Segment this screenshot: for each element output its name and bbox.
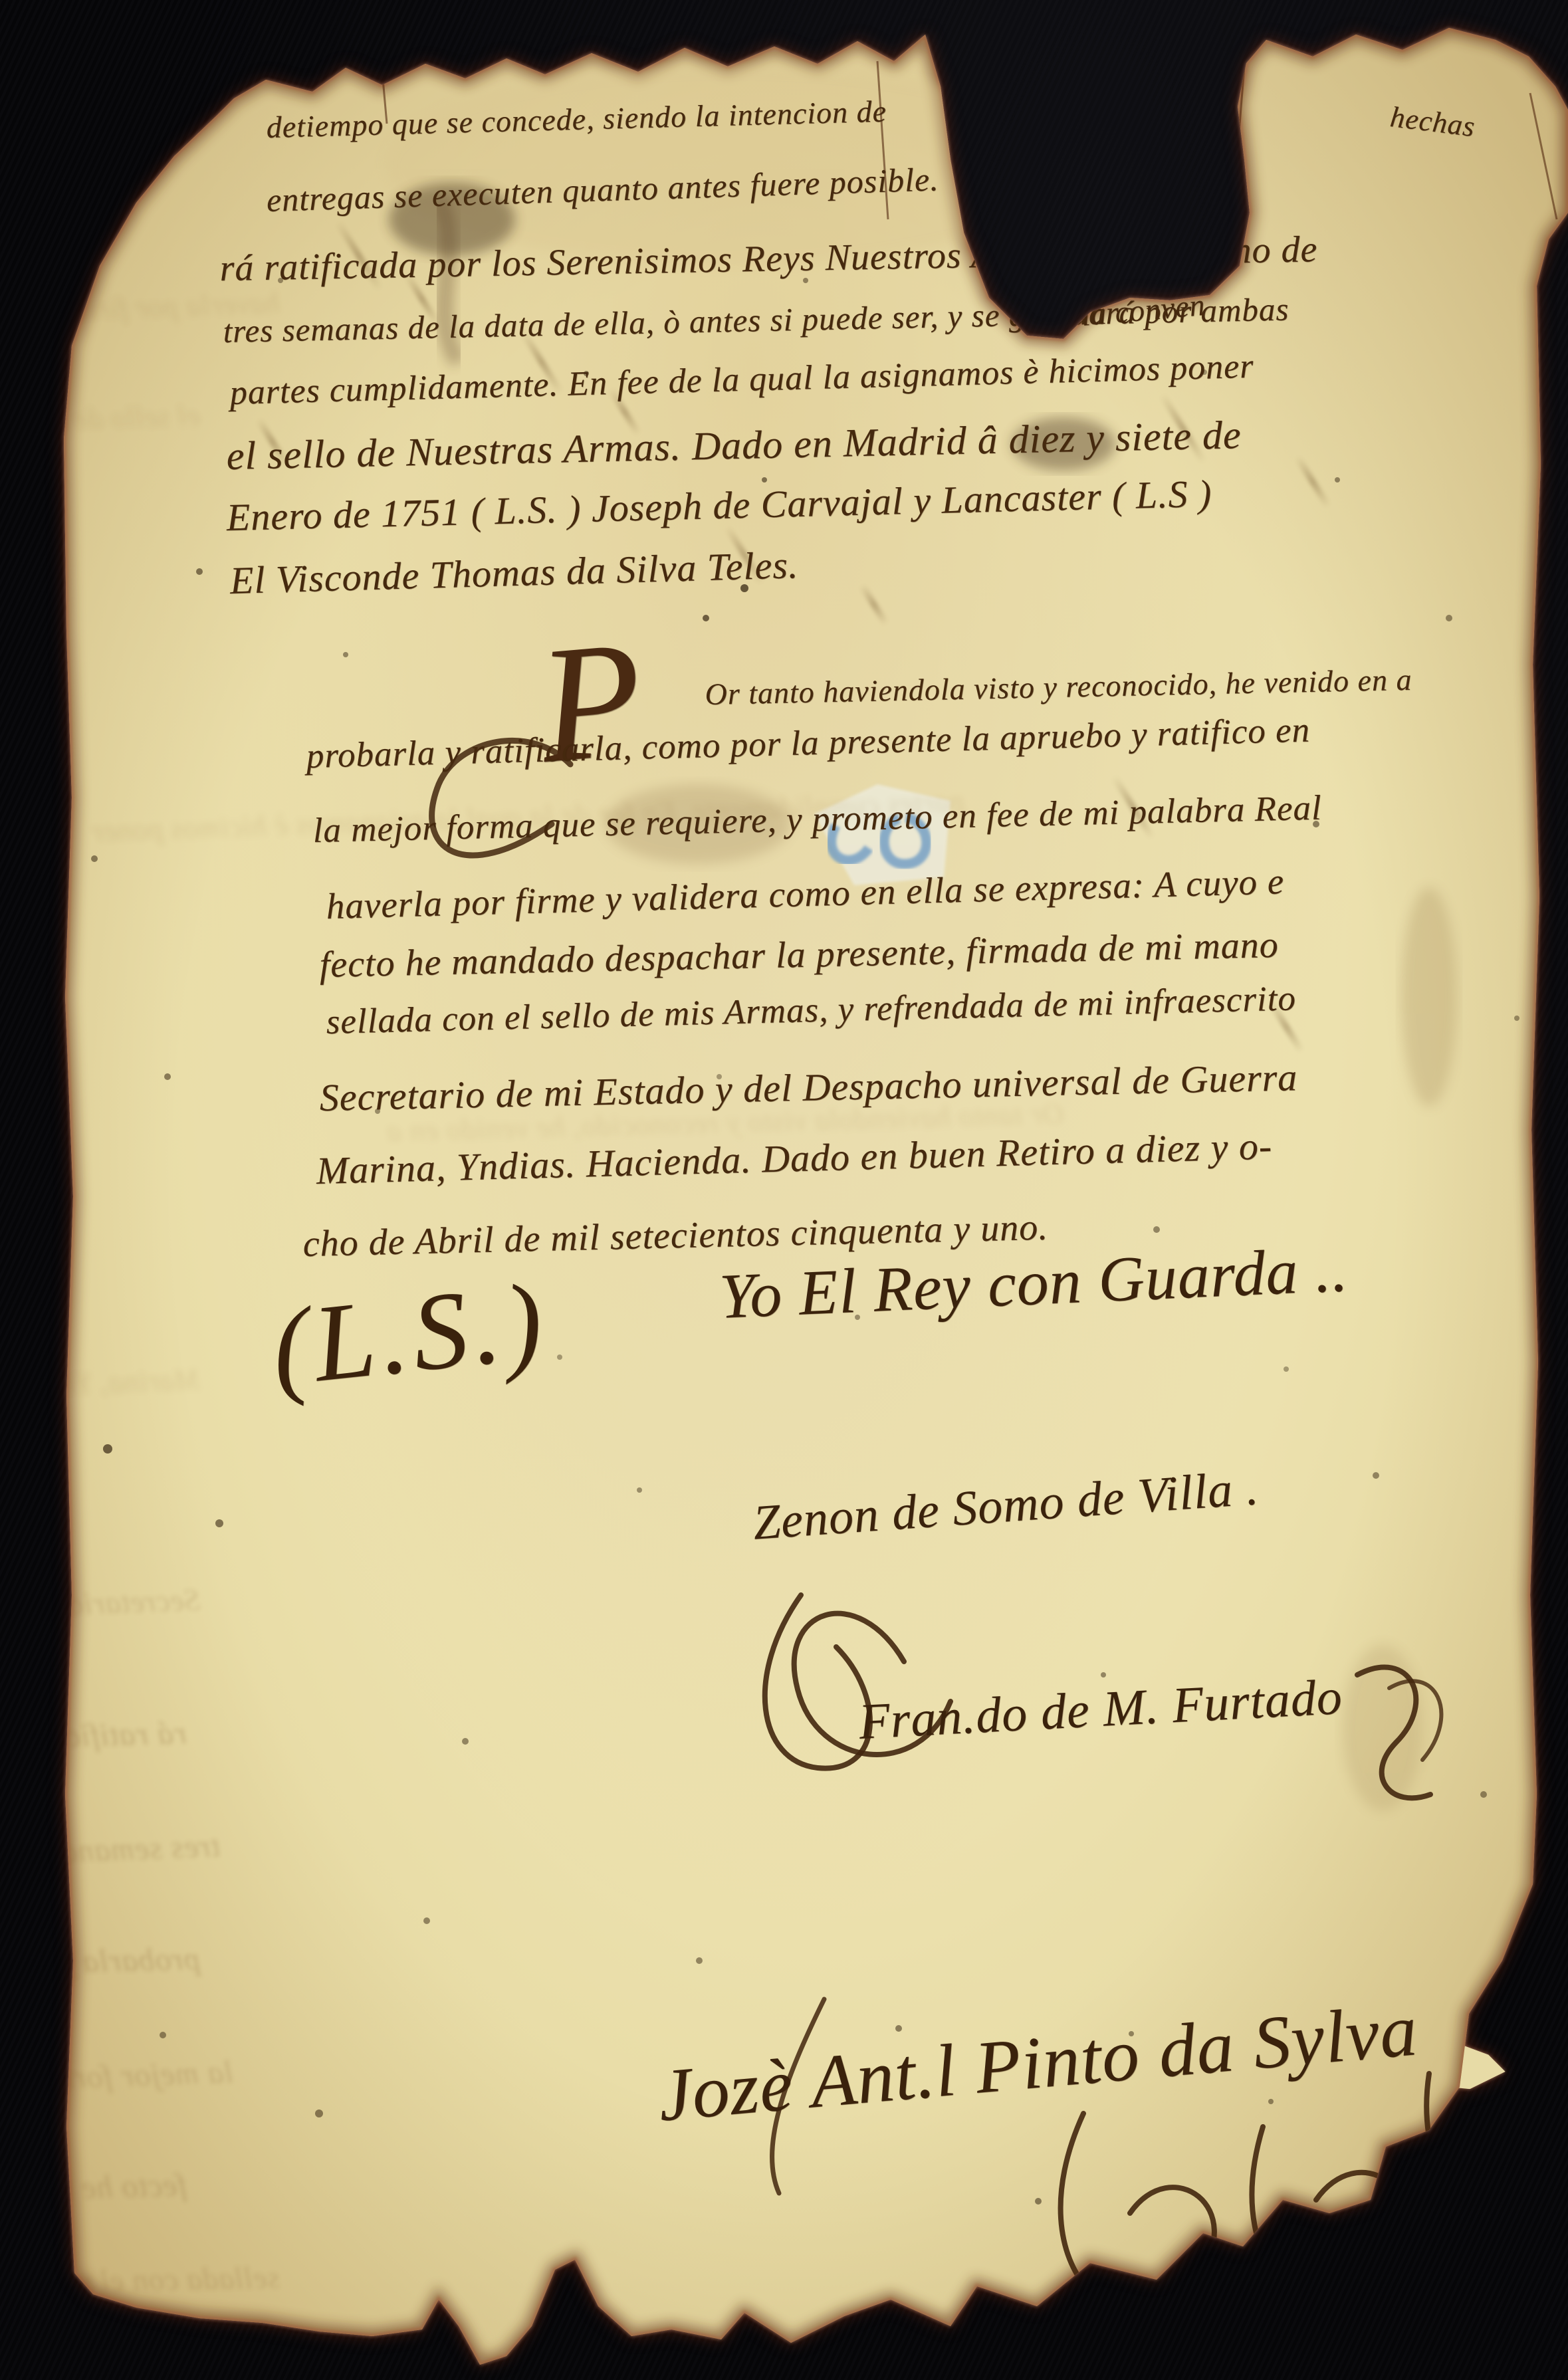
manuscript-paper: rá ratificada por los Serenisimos Reys N…: [0, 0, 1568, 2380]
manuscript-paper-wrap: rá ratificada por los Serenisimos Reys N…: [0, 0, 1568, 2380]
photograph-black-backing: rá ratificada por los Serenisimos Reys N…: [0, 0, 1568, 2380]
bleedthrough-stroke: [1016, 113, 1057, 173]
ornate-initial-letter: P: [532, 603, 649, 802]
